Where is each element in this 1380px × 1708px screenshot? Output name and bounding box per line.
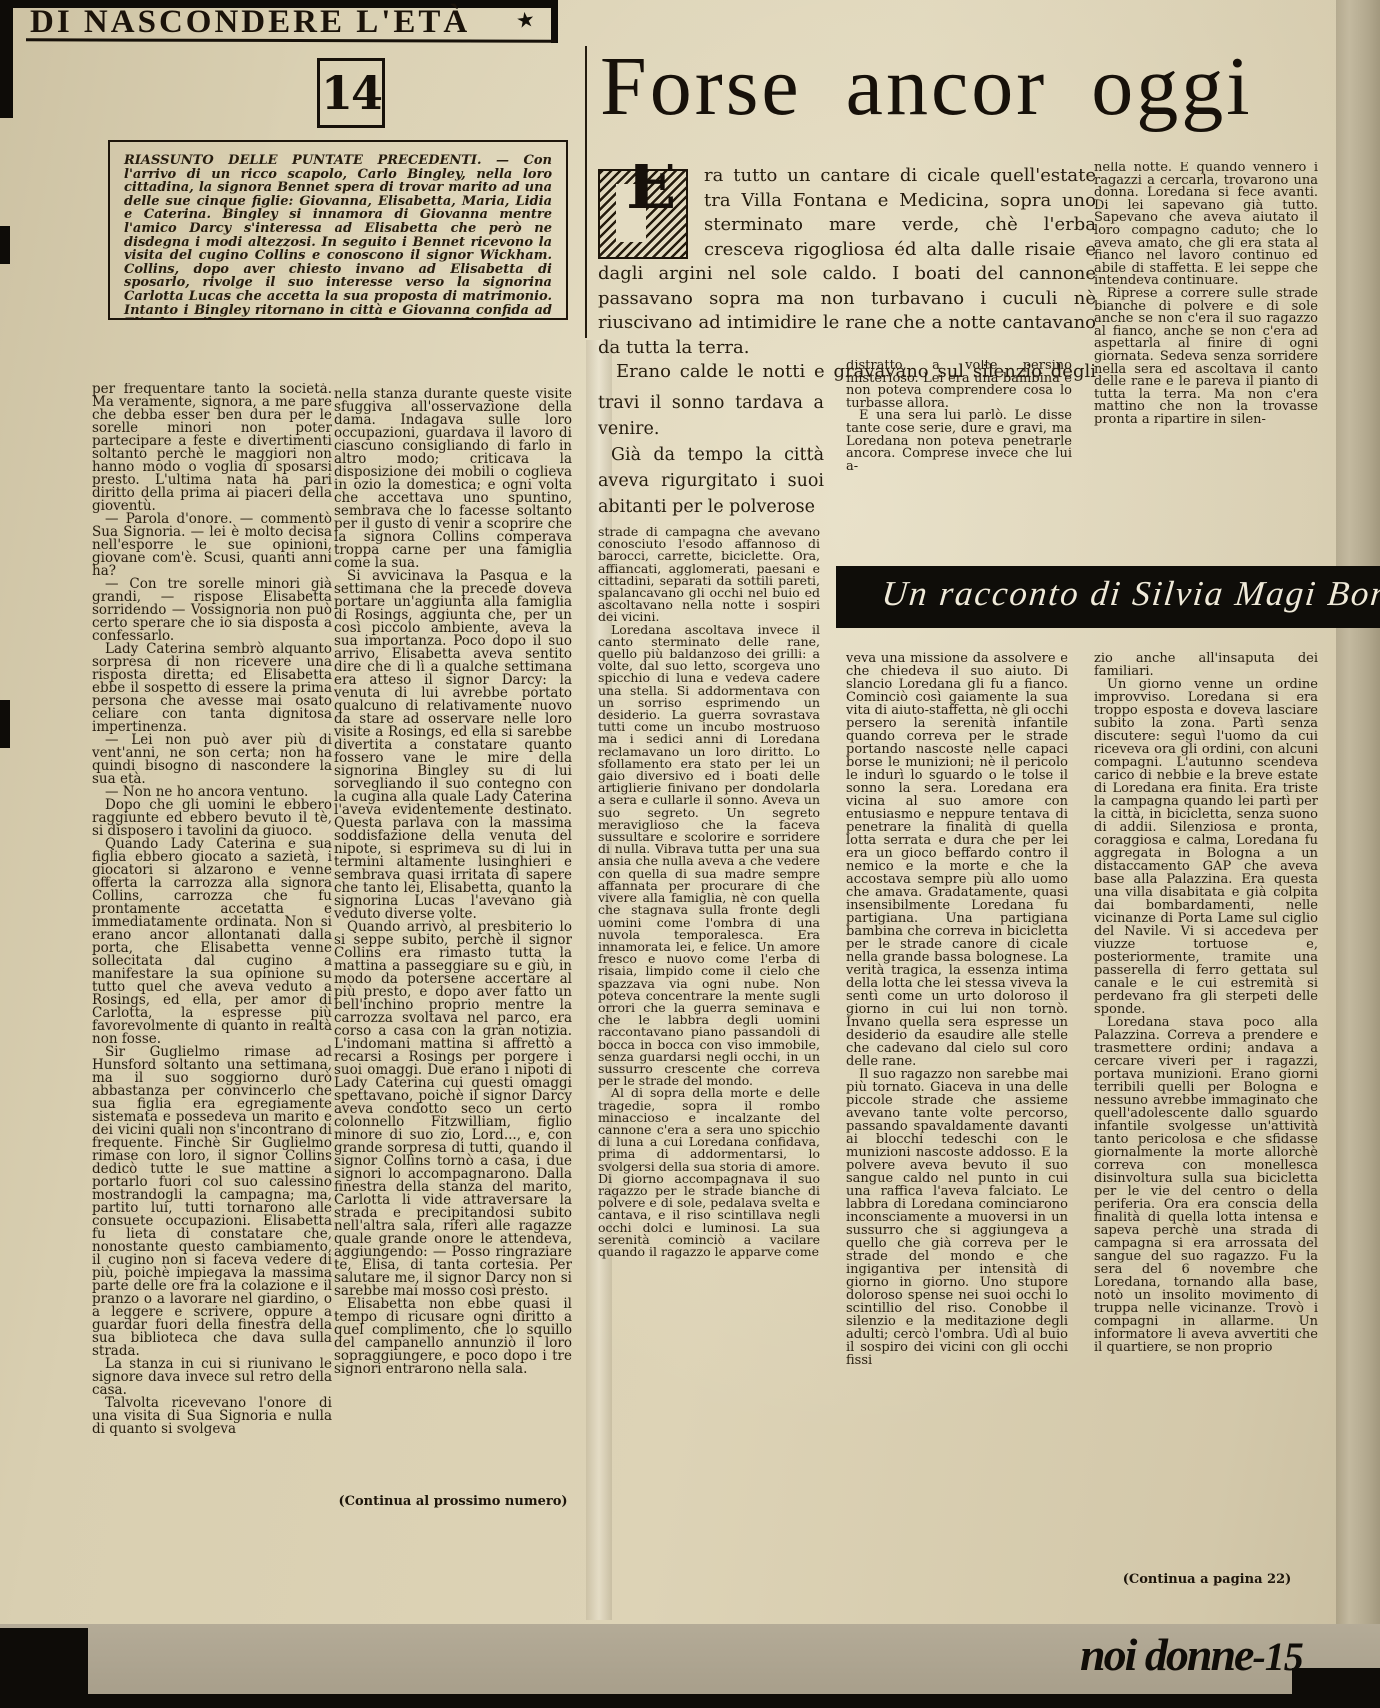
right-article-title: Forse ancor oggi [600, 38, 1360, 150]
left-article-continuation-note: (Continua al prossimo numero) [334, 1494, 572, 1509]
right-article-intro: Era tutto un cantare di cicale quell'est… [598, 164, 1096, 388]
magazine-page-scan: DI NASCONDERE L'ETÀ ★ 14 RIASSUNTO DELLE… [0, 0, 1380, 1708]
scan-edge-notch [0, 226, 10, 264]
drop-cap-letter: E [626, 173, 676, 198]
drop-cap-box: E [598, 169, 688, 259]
right-article-column-c-bottom: zio anche all'insaputa dei familiari.Un … [1094, 652, 1318, 1568]
header-rule [26, 38, 556, 42]
magazine-footer-logo: noi donne-15 [1080, 1628, 1340, 1692]
right-article-continuation-note: (Continua a pagina 22) [1094, 1572, 1320, 1587]
right-article-inset-column: distratto, a volte persino misterioso. L… [846, 360, 1072, 512]
column-divider-rule [585, 46, 587, 338]
left-article-column-2: nella stanza durante queste visite sfugg… [334, 388, 572, 1488]
episode-number: 14 [321, 66, 381, 120]
scan-edge-bottom [0, 1694, 1380, 1708]
author-banner-text: Un racconto di Silvia Magi Bonfanti [880, 574, 1380, 614]
right-article-column-b: veva una missione da assolvere e che chi… [846, 652, 1068, 1600]
page-right-edge [1336, 0, 1380, 1708]
magazine-name: noi donne [1080, 1629, 1252, 1680]
scan-edge-left [0, 0, 13, 118]
scan-edge-notch [0, 700, 10, 748]
author-banner: Un racconto di Silvia Magi Bonfanti [836, 566, 1380, 628]
episode-number-box: 14 [317, 58, 385, 128]
right-article-column-c-top: nella notte. E quando vennero i ragazzi … [1094, 162, 1318, 524]
page-number: -15 [1252, 1634, 1302, 1679]
recap-box: RIASSUNTO DELLE PUNTATE PRECEDENTI. — Co… [108, 140, 568, 320]
left-article-header: DI NASCONDERE L'ETÀ [30, 4, 535, 42]
star-icon: ★ [514, 7, 536, 33]
right-article-column-a: strade di campagna che avevano conosciut… [598, 526, 820, 1498]
right-article-intro-column-a: travi il sonno tardava a venire.Già da t… [598, 390, 824, 522]
left-article-column-1: per frequentare tanto la società. Ma ver… [92, 383, 332, 1521]
header-divider-bar [551, 0, 558, 43]
